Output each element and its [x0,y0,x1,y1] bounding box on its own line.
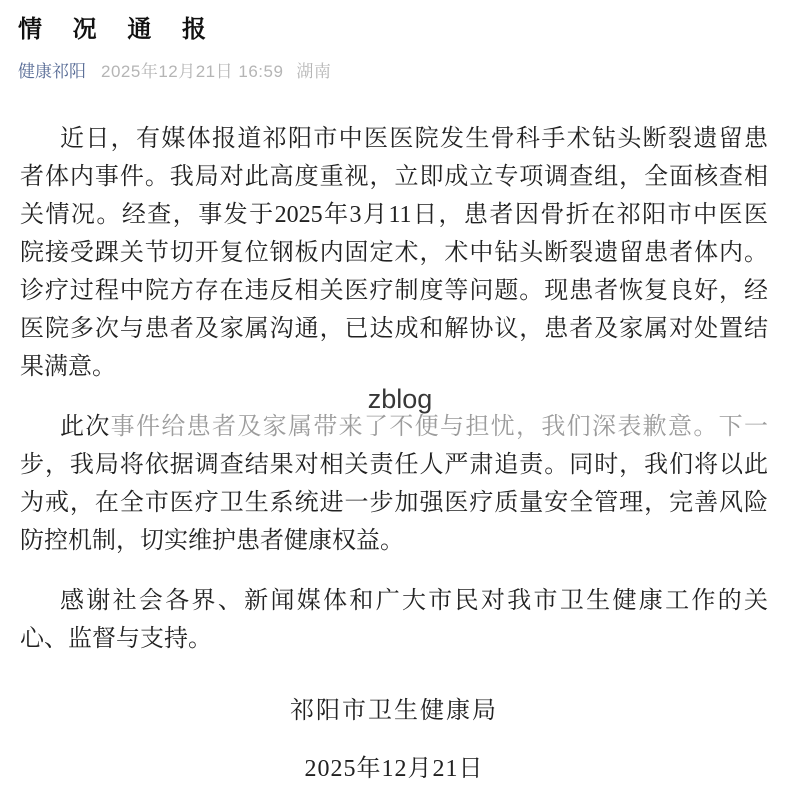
body-line: 院接受踝关节切开复位钢板内固定术，术中钻头断裂遗留患者体内。 [20,234,768,272]
signature: 祁阳市卫生健康局 [20,692,768,730]
body-line: 者体内事件。我局对此高度重视，立即成立专项调查组，全面核查相 [20,158,768,196]
body-line: 近日，有媒体报道祁阳市中医医院发生骨科手术钻头断裂遗留患 [20,120,768,158]
notice-date: 2025年12月21日 [20,750,768,788]
body-line-faded-segment: 事件给患者及家属带来了不便与担忧，我们深表歉意。下一 [111,414,768,440]
publish-location: 湖南 [296,62,331,81]
notice-body: 近日，有媒体报道祁阳市中医医院发生骨科手术钻头断裂遗留患 者体内事件。我局对此高… [0,120,800,788]
page-title: 情 况 通 报 [18,13,782,47]
body-line: 医院多次与患者及家属沟通，已达成和解协议，患者及家属对处置结 [20,310,768,348]
body-line-dark-segment: 此次 [60,414,111,440]
paragraph-3: 感谢社会各界、新闻媒体和广大市民对我市卫生健康工作的关 心、监督与支持。 [20,582,768,658]
body-line: 心、监督与支持。 [20,620,768,658]
notice-header: 情 况 通 报 健康祁阳2025年12月21日 16:59湖南 [0,0,800,84]
body-line: 为戒，在全市医疗卫生系统进一步加强医疗质量安全管理，完善风险 [20,484,768,522]
publish-datetime: 2025年12月21日 16:59 [101,62,283,81]
body-line: 防控机制，切实维护患者健康权益。 [20,522,768,560]
body-line: 果满意。 [20,348,768,386]
paragraph-1: 近日，有媒体报道祁阳市中医医院发生骨科手术钻头断裂遗留患 者体内事件。我局对此高… [20,120,768,386]
body-line: 诊疗过程中院方存在违反相关医疗制度等问题。现患者恢复良好，经 [20,272,768,310]
paragraph-2: 此次事件给患者及家属带来了不便与担忧，我们深表歉意。下一 步，我局将依据调查结果… [20,408,768,560]
body-line: 感谢社会各界、新闻媒体和广大市民对我市卫生健康工作的关 [20,582,768,620]
notice-page: 情 况 通 报 健康祁阳2025年12月21日 16:59湖南 近日，有媒体报道… [0,0,800,809]
body-line: 关情况。经查，事发于2025年3月11日，患者因骨折在祁阳市中医医 [20,196,768,234]
body-line: 此次事件给患者及家属带来了不便与担忧，我们深表歉意。下一 [20,408,768,446]
byline: 健康祁阳2025年12月21日 16:59湖南 [18,60,782,84]
source-account-link[interactable]: 健康祁阳 [18,62,86,81]
body-line: 步，我局将依据调查结果对相关责任人严肃追责。同时，我们将以此 [20,446,768,484]
